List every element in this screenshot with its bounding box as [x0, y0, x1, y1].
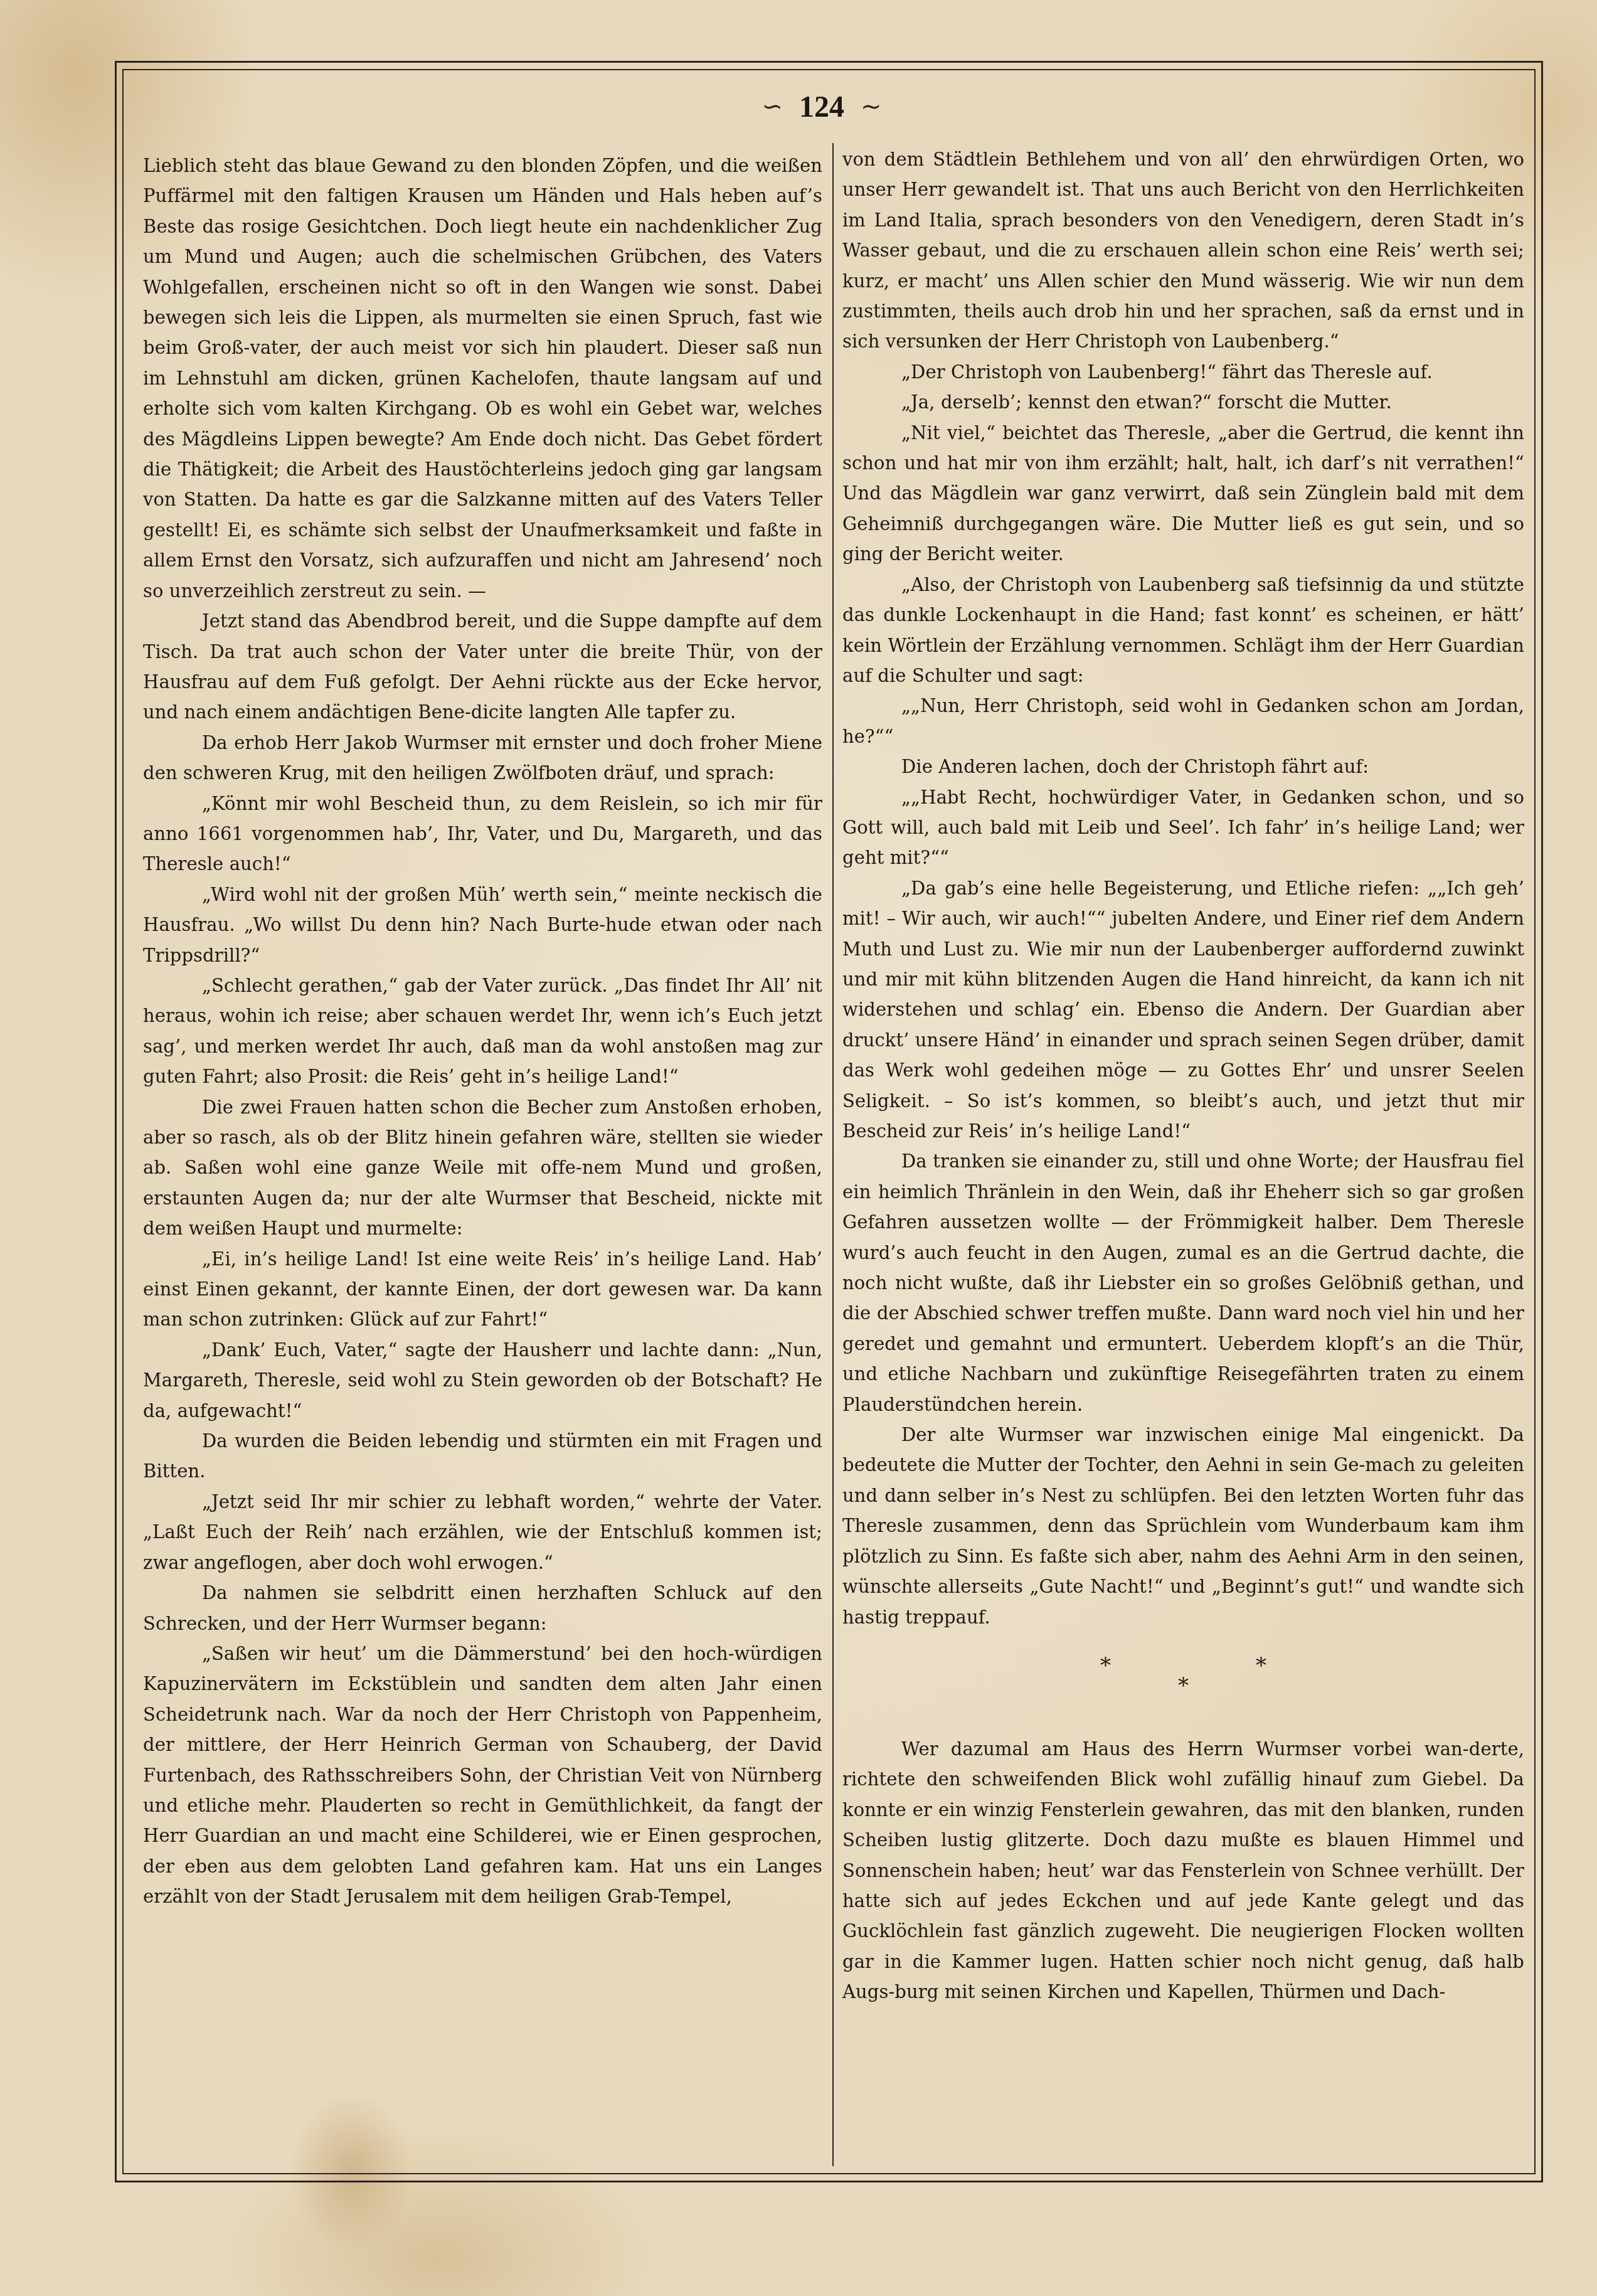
- paragraph: „Der Christoph von Laubenberg!“ fährt da…: [842, 357, 1524, 387]
- paragraph: „Also, der Christoph von Laubenberg saß …: [842, 570, 1524, 691]
- paragraph: „Saßen wir heut’ um die Dämmerstund’ bei…: [143, 1639, 822, 1912]
- section-break-asterism: * * *: [842, 1656, 1524, 1695]
- right-column: von dem Städtlein Bethlehem und von all’…: [842, 144, 1524, 2007]
- paragraph: „Da gab’s eine helle Begeisterung, und E…: [842, 873, 1524, 1147]
- paragraph: Die Anderen lachen, doch der Christoph f…: [842, 752, 1524, 782]
- paragraph: „Dank’ Euch, Vater,“ sagte der Hausherr …: [143, 1335, 822, 1426]
- paragraph: Wer dazumal am Haus des Herrn Wurmser vo…: [842, 1734, 1524, 2007]
- paragraph: Da tranken sie einander zu, still und oh…: [842, 1146, 1524, 1420]
- paragraph: „„Habt Recht, hochwürdiger Vater, in Ged…: [842, 782, 1524, 873]
- paragraph: Da wurden die Beiden lebendig und stürmt…: [143, 1426, 822, 1487]
- ornament-right-icon: ∽: [861, 94, 882, 119]
- asterism-bottom: *: [842, 1676, 1524, 1695]
- paragraph: von dem Städtlein Bethlehem und von all’…: [842, 144, 1524, 357]
- paragraph: „Nit viel,“ beichtet das Theresle, „aber…: [842, 418, 1524, 570]
- paragraph: Der alte Wurmser war inzwischen einige M…: [842, 1420, 1524, 1632]
- paragraph: „Schlecht gerathen,“ gab der Vater zurüc…: [143, 970, 822, 1092]
- paragraph: „Wird wohl nit der großen Müh’ werth sei…: [143, 880, 822, 970]
- page-number: 124: [799, 90, 844, 124]
- ornament-left-icon: ∽: [761, 94, 783, 119]
- column-divider: [832, 143, 834, 2166]
- left-column: Lieblich steht das blaue Gewand zu den b…: [143, 151, 822, 1912]
- paragraph: Die zwei Frauen hatten schon die Becher …: [143, 1092, 822, 1244]
- paragraph: Lieblich steht das blaue Gewand zu den b…: [143, 151, 822, 606]
- paragraph: „Jetzt seid Ihr mir schier zu lebhaft wo…: [143, 1487, 822, 1578]
- paragraph: „Könnt mir wohl Bescheid thun, zu dem Re…: [143, 789, 822, 880]
- paragraph: Jetzt stand das Abendbrod bereit, und di…: [143, 606, 822, 728]
- paragraph: „Ja, derselb’; kennst den etwan?“ forsch…: [842, 387, 1524, 417]
- paragraph: Da nahmen sie selbdritt einen herzhaften…: [143, 1578, 822, 1639]
- page-header: ∽ 124 ∽: [721, 88, 922, 125]
- paragraph: „Ei, in’s heilige Land! Ist eine weite R…: [143, 1244, 822, 1335]
- paragraph: „„Nun, Herr Christoph, seid wohl in Geda…: [842, 691, 1524, 752]
- paragraph: Da erhob Herr Jakob Wurmser mit ernster …: [143, 728, 822, 789]
